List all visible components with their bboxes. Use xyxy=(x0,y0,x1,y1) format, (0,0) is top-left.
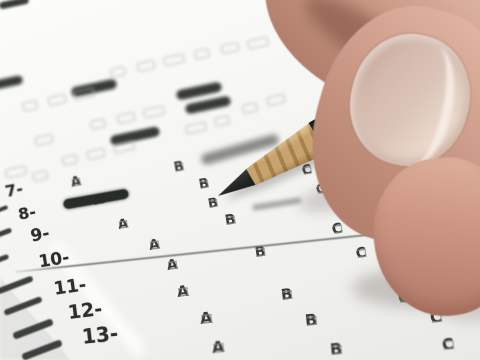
hand xyxy=(0,0,480,360)
answer-sheet-photo: 7-⊏A⊐⊏B⊐⊏C⊐8-⊏A⊐⊏B⊐⊏C⊐9-⊏A⊐⊏B⊐⊏C⊐10-⊏A⊐⊏… xyxy=(0,0,480,360)
